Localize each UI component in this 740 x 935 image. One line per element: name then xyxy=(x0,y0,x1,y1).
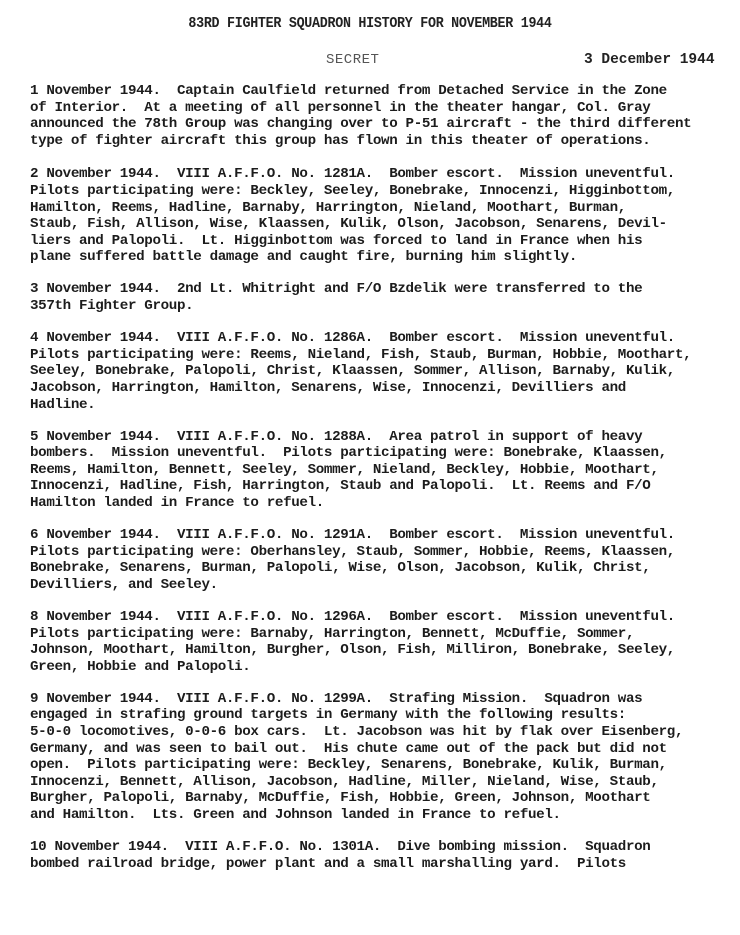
entry-line: Johnson, Moothart, Hamilton, Burgher, Ol… xyxy=(30,642,740,659)
entry-line: 5 November 1944. VIII A.F.F.O. No. 1288A… xyxy=(30,429,740,446)
document-title: 83RD FIGHTER SQUADRON HISTORY FOR NOVEMB… xyxy=(30,16,711,32)
entry-line: open. Pilots participating were: Beckley… xyxy=(30,757,740,774)
entry-nov-9: 9 November 1944. VIII A.F.F.O. No. 1299A… xyxy=(30,691,740,824)
entry-line: 2 November 1944. VIII A.F.F.O. No. 1281A… xyxy=(30,166,740,183)
entry-nov-3: 3 November 1944. 2nd Lt. Whitright and F… xyxy=(30,281,740,314)
entry-nov-2: 2 November 1944. VIII A.F.F.O. No. 1281A… xyxy=(30,166,740,266)
entry-line: engaged in strafing ground targets in Ge… xyxy=(30,707,740,724)
entry-line: 10 November 1944. VIII A.F.F.O. No. 1301… xyxy=(30,839,740,856)
entry-line: Reems, Hamilton, Bennett, Seeley, Sommer… xyxy=(30,462,740,479)
entry-line: 1 November 1944. Captain Caulfield retur… xyxy=(30,83,740,100)
entry-line: 6 November 1944. VIII A.F.F.O. No. 1291A… xyxy=(30,527,740,544)
entry-line: bombers. Mission uneventful. Pilots part… xyxy=(30,445,740,462)
entry-line: Bonebrake, Senarens, Burman, Palopoli, W… xyxy=(30,560,740,577)
entry-line: Devilliers, and Seeley. xyxy=(30,577,740,594)
entry-line: Staub, Fish, Allison, Wise, Klaassen, Ku… xyxy=(30,216,740,233)
entry-line: liers and Palopoli. Lt. Higginbottom was… xyxy=(30,233,740,250)
entry-line: Green, Hobbie and Palopoli. xyxy=(30,659,740,676)
entry-nov-8: 8 November 1944. VIII A.F.F.O. No. 1296A… xyxy=(30,609,740,675)
entry-line: 4 November 1944. VIII A.F.F.O. No. 1286A… xyxy=(30,330,740,347)
entry-line: Burgher, Palopoli, Barnaby, McDuffie, Fi… xyxy=(30,790,740,807)
entry-line: 357th Fighter Group. xyxy=(30,298,740,315)
entry-line: Hamilton, Reems, Hadline, Barnaby, Harri… xyxy=(30,200,740,217)
document-page: 83RD FIGHTER SQUADRON HISTORY FOR NOVEMB… xyxy=(0,0,740,935)
entry-line: Germany, and was seen to bail out. His c… xyxy=(30,741,740,758)
entry-line: Pilots participating were: Barnaby, Harr… xyxy=(30,626,740,643)
entry-line: Jacobson, Harrington, Hamilton, Senarens… xyxy=(30,380,740,397)
entry-line: Hadline. xyxy=(30,397,740,414)
entry-line: and Hamilton. Lts. Green and Johnson lan… xyxy=(30,807,740,824)
entry-nov-10: 10 November 1944. VIII A.F.F.O. No. 1301… xyxy=(30,839,740,872)
classification-stamp: SECRET xyxy=(326,52,379,68)
entry-line: announced the 78th Group was changing ov… xyxy=(30,116,740,133)
entry-line: Pilots participating were: Reems, Nielan… xyxy=(30,347,740,364)
history-entries: 1 November 1944. Captain Caulfield retur… xyxy=(30,83,740,888)
entry-line: Innocenzi, Hadline, Fish, Harrington, St… xyxy=(30,478,740,495)
entry-nov-1: 1 November 1944. Captain Caulfield retur… xyxy=(30,83,740,149)
entry-nov-4: 4 November 1944. VIII A.F.F.O. No. 1286A… xyxy=(30,330,740,413)
entry-line: 8 November 1944. VIII A.F.F.O. No. 1296A… xyxy=(30,609,740,626)
entry-line: Seeley, Bonebrake, Palopoli, Christ, Kla… xyxy=(30,363,740,380)
document-date: 3 December 1944 xyxy=(584,52,715,68)
entry-line: type of fighter aircraft this group has … xyxy=(30,133,740,150)
entry-nov-5: 5 November 1944. VIII A.F.F.O. No. 1288A… xyxy=(30,429,740,512)
entry-line: 9 November 1944. VIII A.F.F.O. No. 1299A… xyxy=(30,691,740,708)
entry-line: 5-0-0 locomotives, 0-0-6 box cars. Lt. J… xyxy=(30,724,740,741)
entry-line: Hamilton landed in France to refuel. xyxy=(30,495,740,512)
entry-nov-6: 6 November 1944. VIII A.F.F.O. No. 1291A… xyxy=(30,527,740,593)
entry-line: of Interior. At a meeting of all personn… xyxy=(30,100,740,117)
entry-line: Pilots participating were: Oberhansley, … xyxy=(30,544,740,561)
entry-line: bombed railroad bridge, power plant and … xyxy=(30,856,740,873)
entry-line: 3 November 1944. 2nd Lt. Whitright and F… xyxy=(30,281,740,298)
entry-line: Pilots participating were: Beckley, Seel… xyxy=(30,183,740,200)
entry-line: plane suffered battle damage and caught … xyxy=(30,249,740,266)
entry-line: Innocenzi, Bennett, Allison, Jacobson, H… xyxy=(30,774,740,791)
